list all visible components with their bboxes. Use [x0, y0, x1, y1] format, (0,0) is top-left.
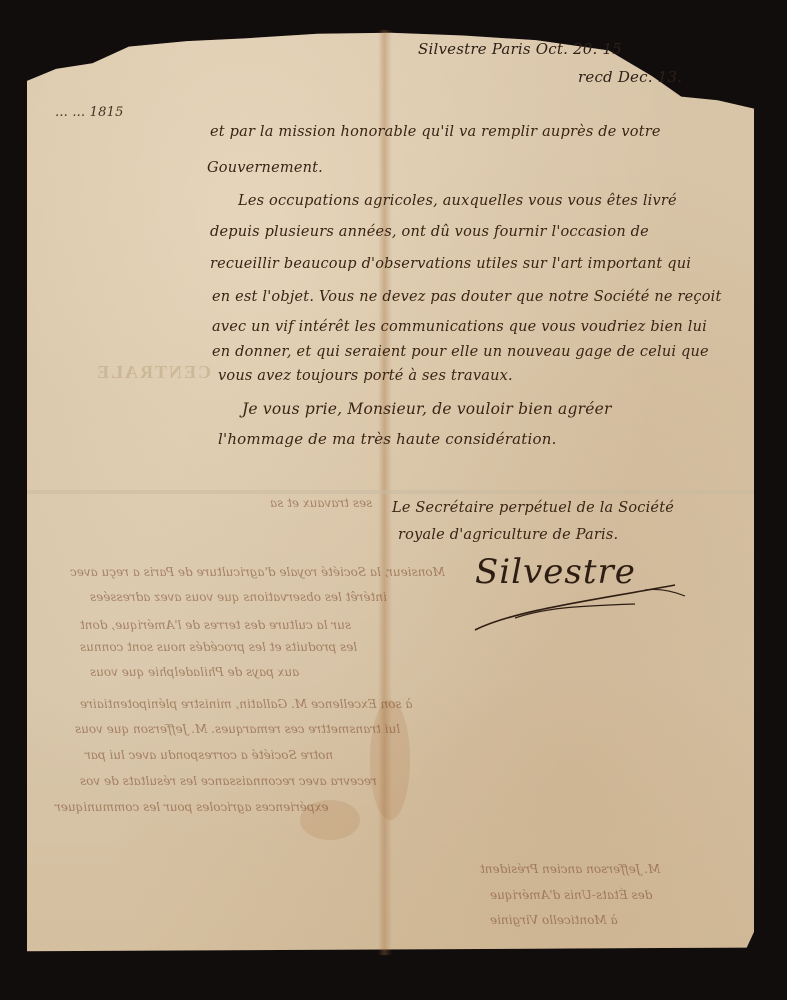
- bleed-through-text: Monsieur, la Société royale d'agricultur…: [70, 565, 445, 579]
- letter-body-line: Gouvernement.: [207, 160, 323, 176]
- bleed-through-text: des États-Unis d'Amérique: [490, 888, 652, 902]
- signatory-title: royale d'agriculture de Paris.: [398, 527, 618, 543]
- bleed-through-text: les produits et les procédés nous sont c…: [80, 640, 357, 654]
- stain: [370, 700, 410, 820]
- bleed-through-text: intérêt les observations que vous avez a…: [90, 590, 387, 604]
- letter-closing-formula: Je vous prie, Monsieur, de vouloir bien …: [242, 400, 612, 418]
- letter-body-line: depuis plusieurs années, ont dû vous fou…: [210, 224, 649, 240]
- letter-body-line: avec un vif intérêt les communications q…: [212, 319, 707, 335]
- bleed-through-printed-heading: CENTRALE: [95, 362, 211, 383]
- letter-body-line: en donner, et qui seraient pour elle un …: [212, 344, 709, 360]
- annotation-top-left: ... ... 1815: [55, 105, 124, 120]
- horizontal-fold-crease: [27, 490, 754, 494]
- letter-body-line: en est l'objet. Vous ne devez pas douter…: [212, 289, 722, 305]
- bleed-through-text: ses travaux et sa: [270, 496, 372, 510]
- signatory-title: Le Secrétaire perpétuel de la Société: [392, 500, 674, 516]
- bleed-through-text: expériences agricoles pour les communiqu…: [55, 800, 328, 814]
- bleed-through-text: sur la culture des terres de l'Amérique,…: [80, 618, 351, 632]
- bleed-through-text: aux pays de Philadelphie que vous: [90, 665, 299, 679]
- letter-body-line: Les occupations agricoles, auxquelles vo…: [238, 193, 677, 209]
- bleed-through-text: lui transmettre ces remarques. M. Jeffer…: [75, 722, 400, 736]
- letter-body-line: recueillir beaucoup d'observations utile…: [210, 256, 691, 272]
- bleed-through-text: recevra avec reconnaissance les résultat…: [80, 774, 377, 788]
- signature-flourish: [455, 560, 695, 640]
- bleed-through-text: à son Excellence M. Gallatin, ministre p…: [80, 697, 413, 711]
- bleed-through-text: M. Jefferson ancien Président: [480, 862, 660, 876]
- annotation-author-date: Silvestre Paris Oct. 20. 15: [418, 40, 622, 58]
- annotation-received-date: recd Dec. 13.: [578, 68, 682, 86]
- bleed-through-text: notre Société a correspondu avec lui par: [85, 748, 333, 762]
- letter-body-line: et par la mission honorable qu'il va rem…: [210, 124, 661, 140]
- letter-closing-formula: l'hommage de ma très haute considération…: [218, 430, 557, 448]
- letter-body-line: vous avez toujours porté à ses travaux.: [218, 368, 513, 384]
- bleed-through-text: à Monticello Virginie: [490, 913, 618, 927]
